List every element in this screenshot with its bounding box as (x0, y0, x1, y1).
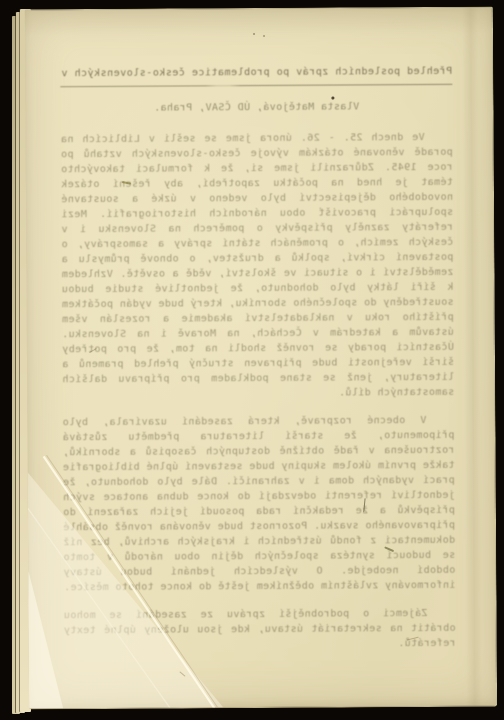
header-underline (60, 84, 452, 87)
paper-page: Přehled posledních zpráv po problematice… (25, 7, 497, 710)
scanned-archive-photo: Přehled posledních zpráv po problematice… (0, 0, 504, 720)
paragraph: Ve dnech 25. - 26. února jsme se sešli v… (61, 130, 455, 402)
paragraph: V obecné rozpravě, která zasedání uzavír… (62, 413, 455, 595)
page-right-shading (462, 8, 482, 706)
paper-speck (263, 35, 265, 37)
page-top-shading (25, 8, 492, 37)
document-byline: Vlasta Matějová, ÚD ČSAV, Praha. (100, 99, 412, 116)
paper-fiber (179, 671, 185, 676)
paragraph: Zájemci o podrobnější zprávu ze zasedání… (64, 606, 456, 653)
bleedthrough-text-block: Přehled posledních zpráv po problematice… (60, 64, 456, 666)
document-header: Přehled posledních zpráv po problematice… (60, 64, 452, 81)
fold-corner-region (28, 570, 63, 708)
